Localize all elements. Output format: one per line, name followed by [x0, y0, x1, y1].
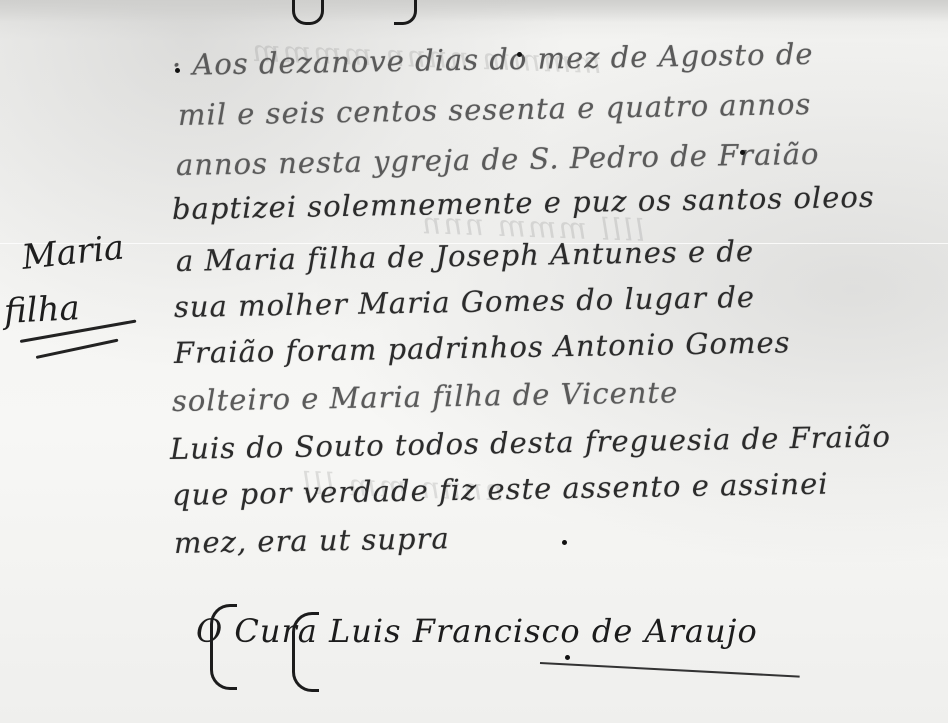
record-line-7: Fraião foram padrinhos Antonio Gomes	[174, 325, 791, 370]
record-line-4: baptizei solemnemente e puz os santos ol…	[172, 180, 875, 226]
record-line-8: solteiro e Maria filha de Vicente	[172, 375, 679, 418]
ink-speck	[565, 655, 570, 660]
ink-speck	[175, 68, 180, 73]
ink-speck	[740, 150, 745, 155]
record-line-6: sua molher Maria Gomes do lugar de	[174, 280, 756, 324]
margin-note-filiation: filha	[3, 288, 81, 332]
ink-speck	[517, 52, 522, 57]
manuscript-page: mmmm nnnn mmmm llll mmm nnn nnnn mm lll …	[0, 0, 948, 723]
record-line-10: que por verdade fiz este assento e assin…	[172, 467, 829, 512]
margin-flourish	[36, 339, 119, 359]
scan-top-shadow	[0, 0, 948, 22]
record-line-9: Luis do Souto todos desta freguesia de F…	[170, 419, 891, 466]
record-line-2: mil e seis centos sesenta e quatro annos	[178, 87, 812, 132]
priest-signature: O Cura Luis Francisco de Araujo	[196, 612, 758, 650]
ink-loop-top-left	[292, 0, 324, 25]
record-line-3: annos nesta ygreja de S. Pedro de Fraião	[176, 137, 820, 182]
margin-note-name: Maria	[20, 227, 126, 277]
signature-underline	[540, 662, 800, 678]
record-line-5: a Maria filha de Joseph Antunes e de	[176, 234, 755, 278]
ink-speck	[562, 540, 567, 545]
record-line-11: mez, era ut supra	[174, 521, 450, 560]
